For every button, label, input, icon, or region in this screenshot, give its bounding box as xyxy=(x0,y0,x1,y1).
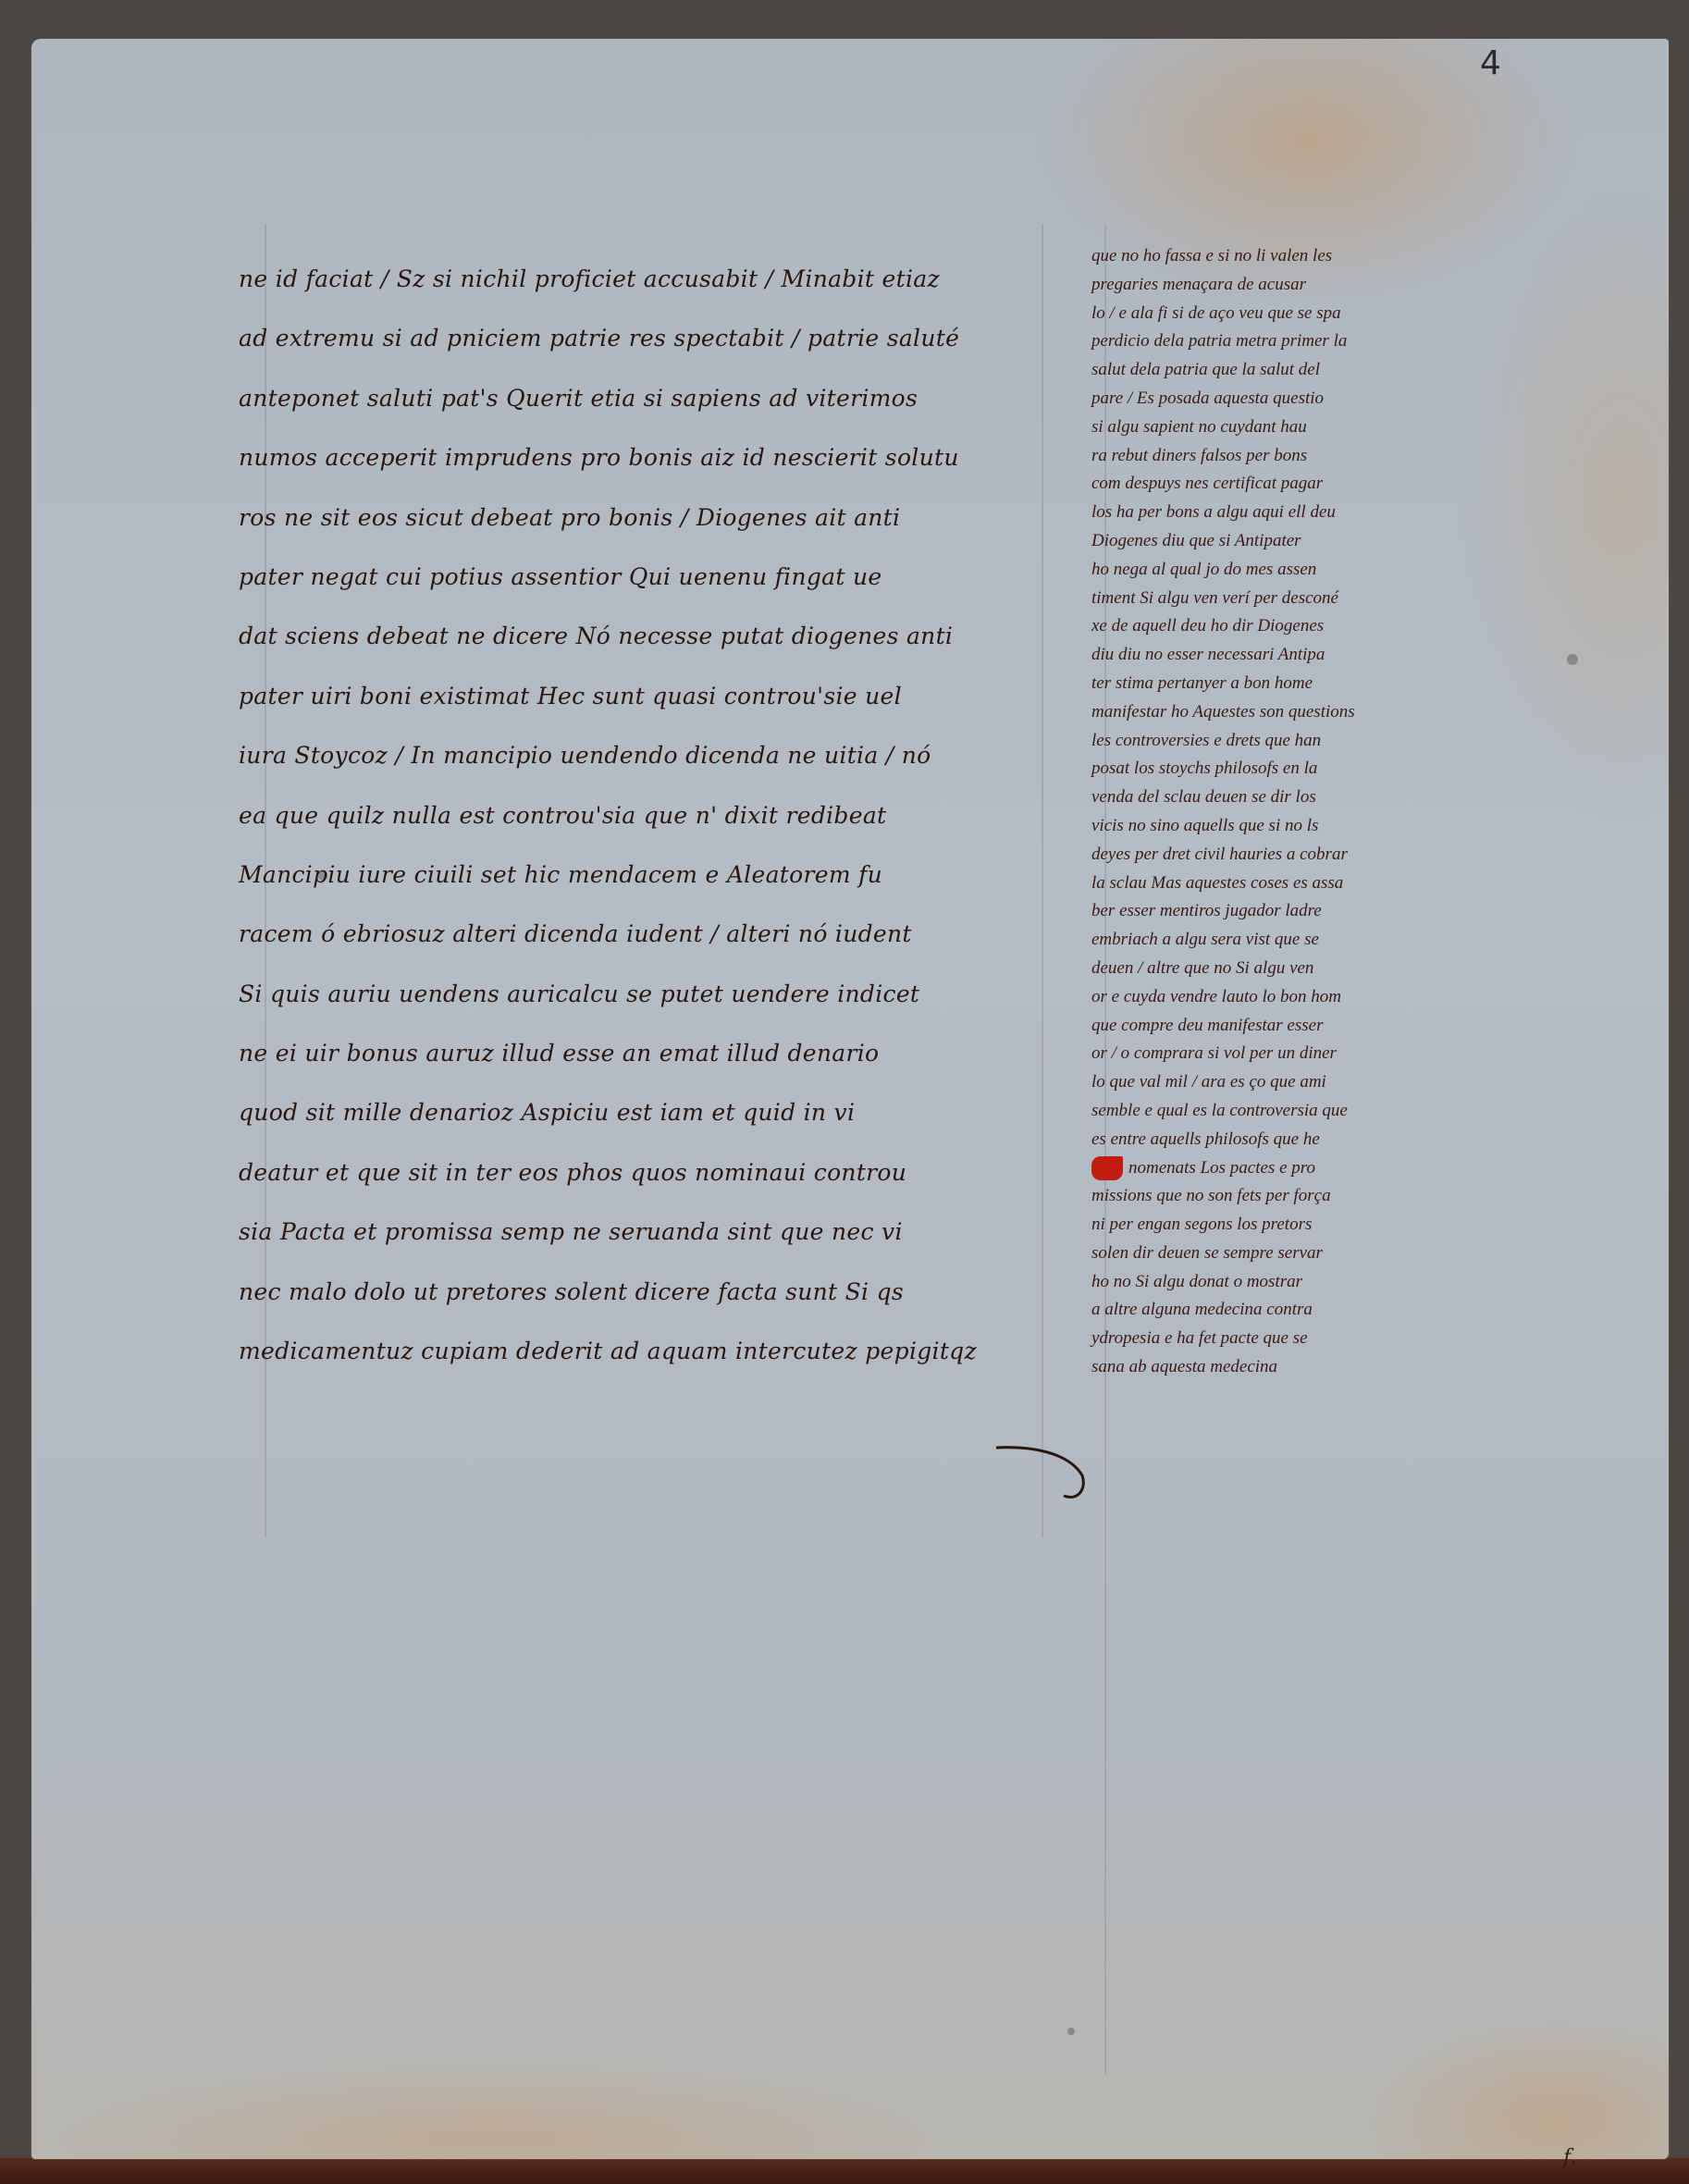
gloss-line: salut dela patria que la salut del xyxy=(1091,356,1517,385)
ink-spot xyxy=(1067,2028,1075,2035)
main-line: sia Pacta et promissa semp ne seruanda s… xyxy=(239,1203,1008,1262)
gloss-line: ni per engan segons los pretors xyxy=(1091,1211,1517,1240)
gloss-line: com despuys nes certificat pagar xyxy=(1091,470,1517,499)
gloss-line: ho no Si algu donat o mostrar xyxy=(1091,1268,1517,1297)
gloss-line: lo que val mil / ara es ço que ami xyxy=(1091,1068,1517,1097)
main-text-column: ne id faciat / Sz si nichil proficiet ac… xyxy=(239,250,1008,1381)
gloss-line: les controversies e drets que han xyxy=(1091,727,1517,756)
main-line: numos acceperit imprudens pro bonis aiz … xyxy=(239,428,1008,487)
main-line: ne ei uir bonus auruz illud esse an emat… xyxy=(239,1024,1008,1083)
gloss-line: perdicio dela patria metra primer la xyxy=(1091,327,1517,356)
gloss-line: pare / Es posada aquesta questio xyxy=(1091,385,1517,413)
gloss-line: solen dir deuen se sempre servar xyxy=(1091,1240,1517,1268)
main-line: quod sit mille denarioz Aspiciu est iam … xyxy=(239,1083,1008,1142)
main-line: medicamentuz cupiam dederit ad aquam int… xyxy=(239,1322,1008,1381)
main-line: ros ne sit eos sicut debeat pro bonis / … xyxy=(239,488,1008,548)
gloss-line: nomenats Los pactes e pro xyxy=(1091,1154,1517,1183)
gloss-line: si algu sapient no cuydant hau xyxy=(1091,413,1517,442)
gloss-line-text: nomenats Los pactes e pro xyxy=(1128,1158,1315,1178)
gloss-line: deyes per dret civil hauries a cobrar xyxy=(1091,841,1517,870)
pen-flourish-icon xyxy=(994,1438,1096,1508)
main-line: deatur et que sit in ter eos phos quos n… xyxy=(239,1143,1008,1203)
gloss-line: ra rebut diners falsos per bons xyxy=(1091,442,1517,471)
photo-backdrop xyxy=(0,2158,1689,2184)
gloss-line: ter stima pertanyer a bon home xyxy=(1091,670,1517,698)
gloss-line: sana ab aquesta medecina xyxy=(1091,1353,1517,1382)
gloss-line: or / o comprara si vol per un diner xyxy=(1091,1040,1517,1068)
gloss-line: es entre aquells philosofs que he xyxy=(1091,1126,1517,1154)
gloss-line: posat los stoychs philosofs en la xyxy=(1091,755,1517,784)
foot-mark: f. xyxy=(1563,2146,1576,2169)
gloss-line: a altre alguna medecina contra xyxy=(1091,1296,1517,1325)
gloss-line: xe de aquell deu ho dir Diogenes xyxy=(1091,612,1517,641)
gloss-line: timent Si algu ven verí per desconé xyxy=(1091,585,1517,613)
gloss-line: lo / e ala fi si de aço veu que se spa xyxy=(1091,300,1517,328)
gloss-line: que no ho fassa e si no li valen les xyxy=(1091,242,1517,271)
gloss-line: los ha per bons a algu aqui ell deu xyxy=(1091,499,1517,527)
red-initial-icon xyxy=(1091,1156,1123,1180)
gloss-line: venda del sclau deuen se dir los xyxy=(1091,784,1517,812)
main-line: iura Stoycoz / In mancipio uendendo dice… xyxy=(239,726,1008,785)
gloss-line: deuen / altre que no Si algu ven xyxy=(1091,955,1517,983)
gloss-line: ber esser mentiros jugador ladre xyxy=(1091,897,1517,926)
main-line: ad extremu si ad pniciem patrie res spec… xyxy=(239,309,1008,368)
folio-number: 4 xyxy=(1480,44,1501,82)
gloss-line: or e cuyda vendre lauto lo bon hom xyxy=(1091,983,1517,1012)
main-line: pater negat cui potius assentior Qui uen… xyxy=(239,548,1008,607)
main-line: racem ó ebriosuz alteri dicenda iudent /… xyxy=(239,905,1008,964)
main-line: ea que quilz nulla est controu'sia que n… xyxy=(239,786,1008,845)
main-line: ne id faciat / Sz si nichil proficiet ac… xyxy=(239,250,1008,309)
main-line: Mancipiu iure ciuili set hic mendacem e … xyxy=(239,845,1008,905)
main-line: dat sciens debeat ne dicere Nó necesse p… xyxy=(239,607,1008,666)
ink-spot xyxy=(1567,654,1578,665)
gloss-line: missions que no son fets per força xyxy=(1091,1182,1517,1211)
gloss-line: manifestar ho Aquestes son questions xyxy=(1091,698,1517,727)
gloss-line: vicis no sino aquells que si no ls xyxy=(1091,812,1517,841)
gloss-line: ho nega al qual jo do mes assen xyxy=(1091,556,1517,585)
gloss-line: embriach a algu sera vist que se xyxy=(1091,926,1517,955)
gloss-line: diu diu no esser necessari Antipa xyxy=(1091,641,1517,670)
main-line: nec malo dolo ut pretores solent dicere … xyxy=(239,1263,1008,1322)
gloss-text-column: que no ho fassa e si no li valen les pre… xyxy=(1091,242,1517,1382)
main-line: Si quis auriu uendens auricalcu se putet… xyxy=(239,965,1008,1024)
gloss-line: ydropesia e ha fet pacte que se xyxy=(1091,1325,1517,1353)
gloss-line: la sclau Mas aquestes coses es assa xyxy=(1091,870,1517,898)
main-line: pater uiri boni existimat Hec sunt quasi… xyxy=(239,667,1008,726)
gloss-line: semble e qual es la controversia que xyxy=(1091,1097,1517,1126)
gloss-line: Diogenes diu que si Antipater xyxy=(1091,527,1517,556)
gloss-line: que compre deu manifestar esser xyxy=(1091,1012,1517,1041)
ruling-line-right xyxy=(1042,224,1043,1537)
gloss-line: pregaries menaçara de acusar xyxy=(1091,271,1517,300)
main-line: anteponet saluti pat's Querit etia si sa… xyxy=(239,369,1008,428)
